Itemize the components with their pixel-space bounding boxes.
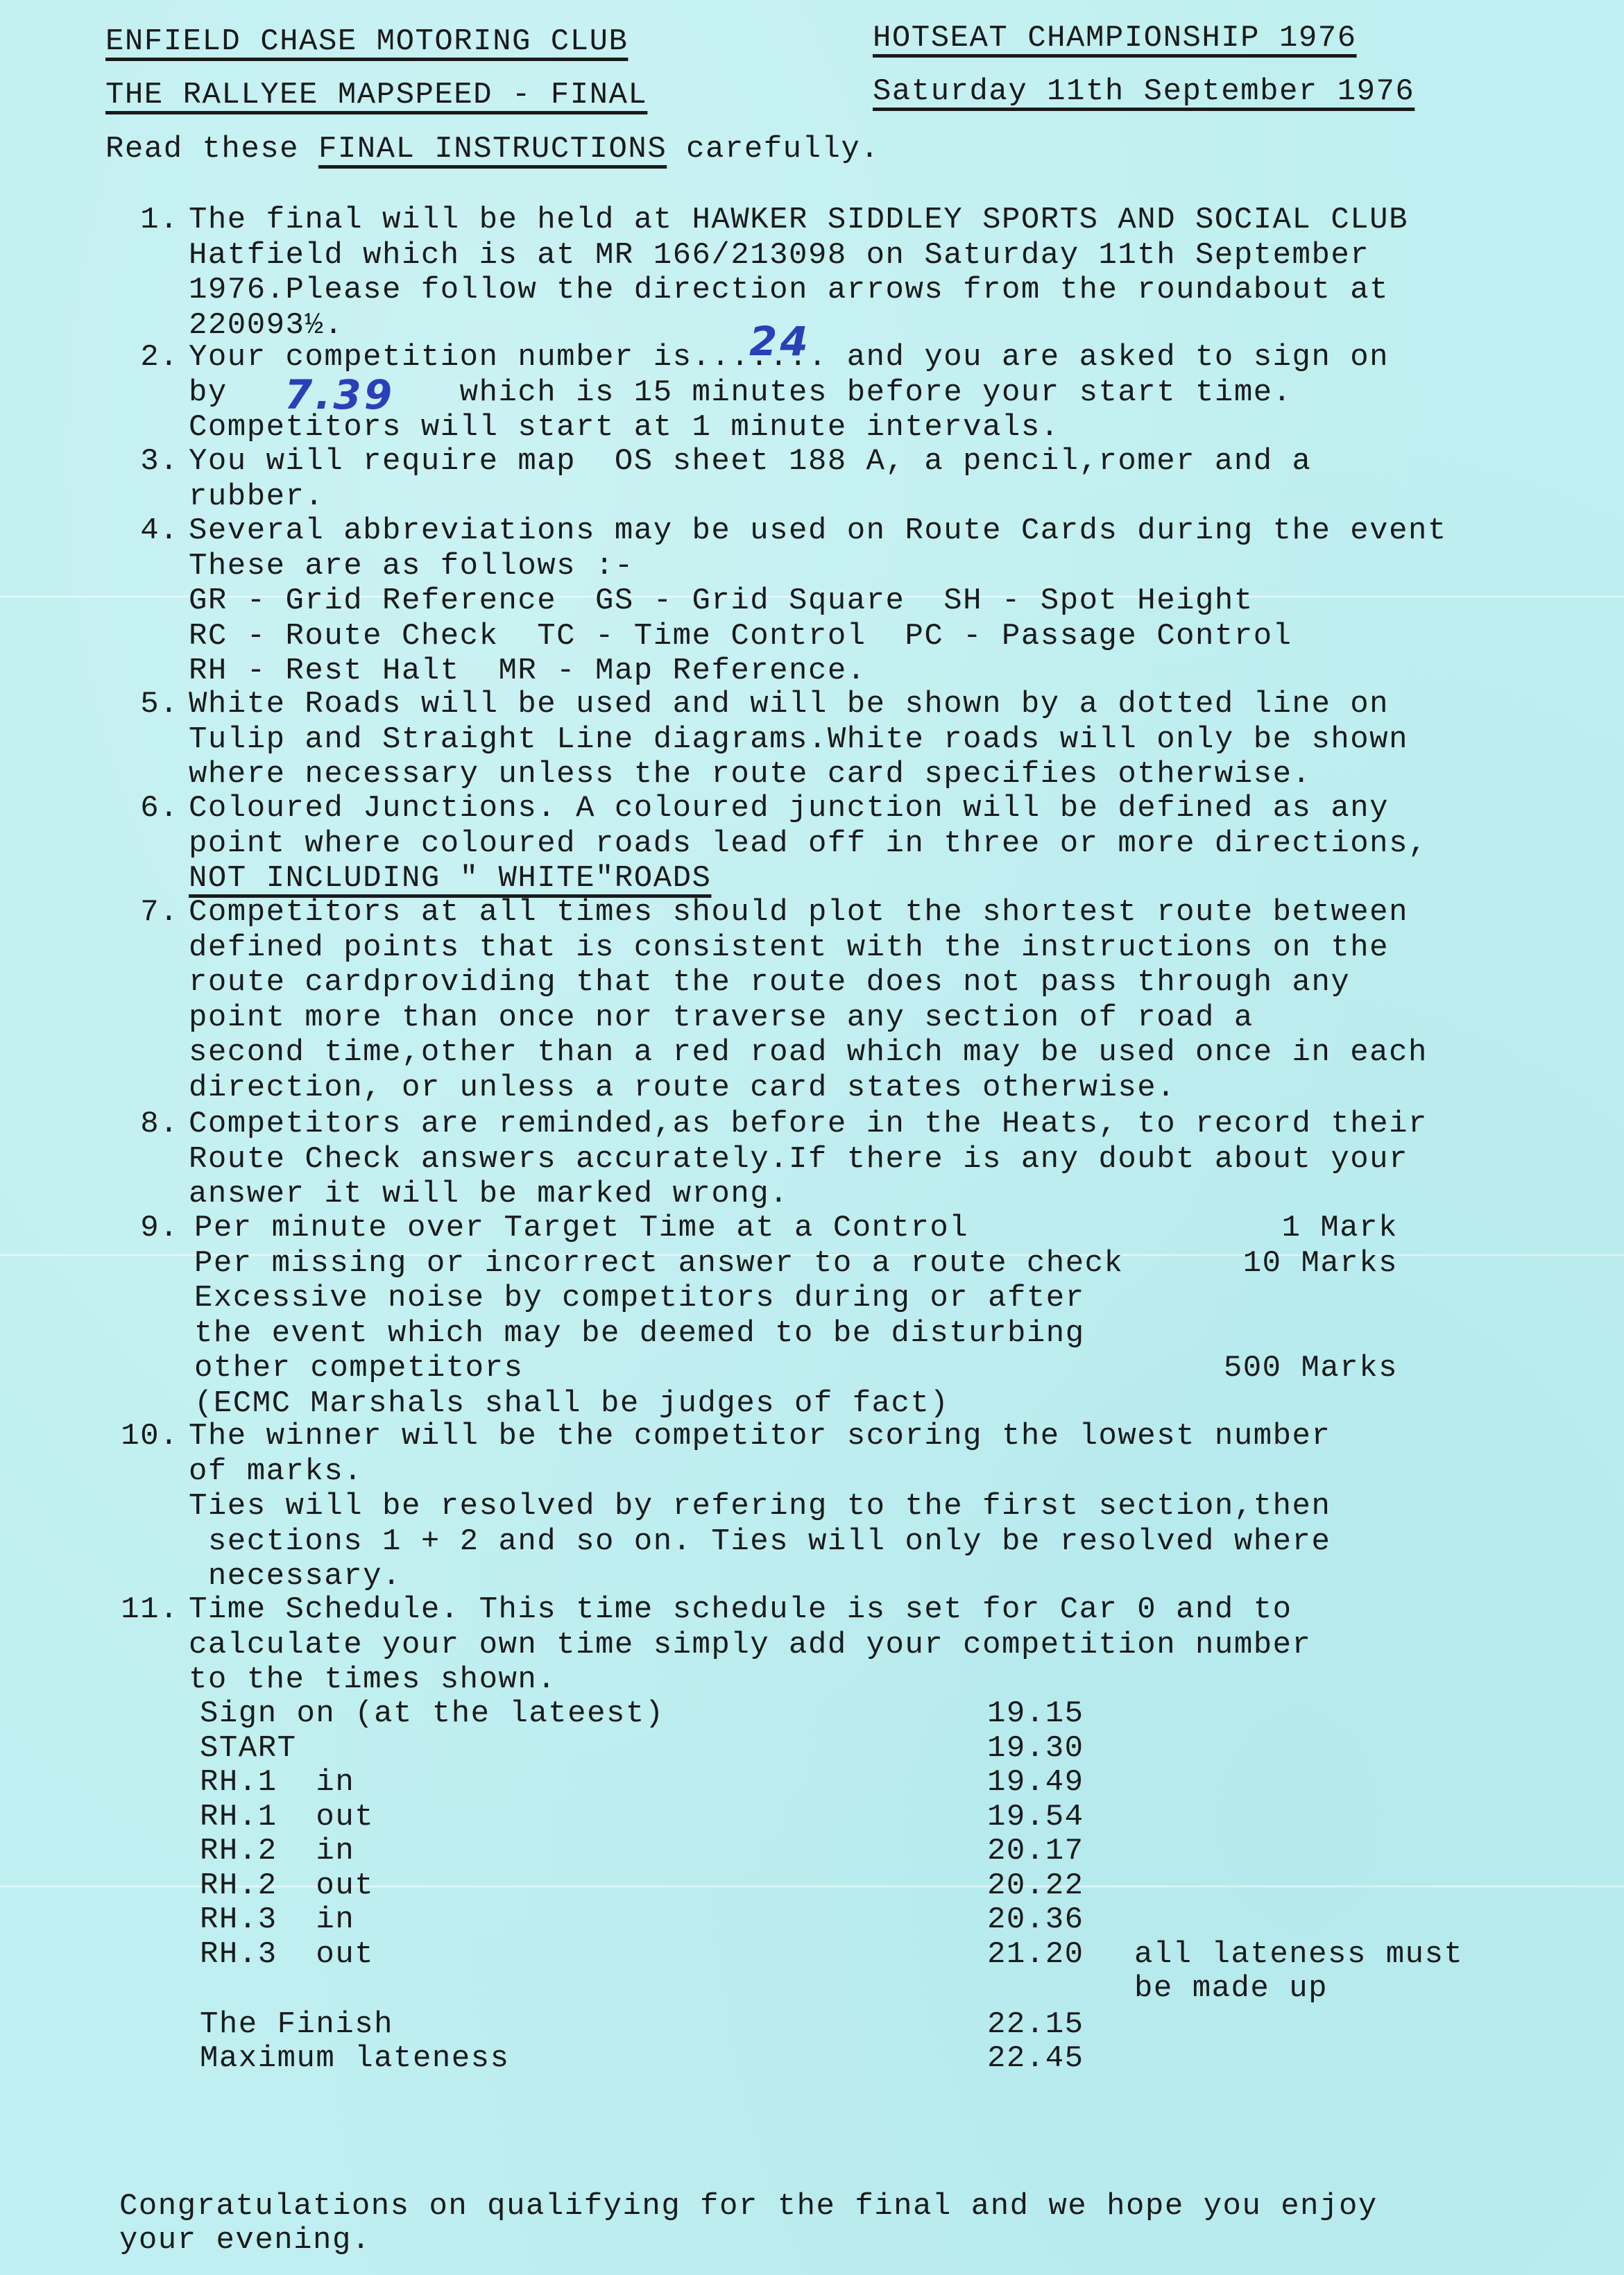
penalty-label: other competitors <box>194 1351 523 1386</box>
item-number: 3. <box>140 444 179 479</box>
schedule-time: 22.15 <box>987 2007 1084 2042</box>
schedule-time: 21.20 <box>987 1937 1084 1972</box>
item-number: 8. <box>140 1107 179 1141</box>
item-line: Hatfield which is at MR 166/213098 on Sa… <box>189 238 1369 273</box>
penalty-label: the event which may be deemed to be dist… <box>194 1316 1085 1351</box>
intro-line: Read these FINAL INSTRUCTIONS carefully. <box>105 132 880 167</box>
item-line: second time,other than a red road which … <box>189 1035 1428 1070</box>
item-number: 9. <box>140 1211 179 1245</box>
item-line: These are as follows :- <box>189 549 634 583</box>
item-line: You will require map OS sheet 188 A, a p… <box>189 444 1311 479</box>
penalty-label: Per minute over Target Time at a Control <box>194 1211 968 1245</box>
item-number: 1. <box>140 203 179 237</box>
item-line: The winner will be the competitor scorin… <box>189 1419 1331 1454</box>
schedule-label: Maximum lateness <box>200 2041 509 2076</box>
schedule-time: 20.36 <box>987 1902 1084 1937</box>
schedule-label: Sign on (at the lateest) <box>200 1696 665 1731</box>
closing-line: your evening. <box>119 2223 371 2258</box>
schedule-label: RH.3 out <box>200 1937 374 1972</box>
item-line: GR - Grid Reference GS - Grid Square SH … <box>189 583 1254 618</box>
item-line: defined points that is consistent with t… <box>189 930 1389 965</box>
item-line: sections 1 + 2 and so on. Ties will only… <box>189 1524 1331 1559</box>
penalty-marks: 1 Mark <box>1282 1211 1398 1245</box>
handwritten-sign-on-time: 7.39 <box>284 371 395 418</box>
club-name: ENFIELD CHASE MOTORING CLUB <box>105 24 628 59</box>
penalty-marks: 500 Marks <box>1224 1351 1398 1386</box>
schedule-time: 19.15 <box>987 1696 1084 1731</box>
schedule-time: 20.17 <box>987 1834 1084 1868</box>
item-number: 6. <box>140 791 179 826</box>
item-line: route cardproviding that the route does … <box>189 965 1350 1000</box>
item-line: Several abbreviations may be used on Rou… <box>189 513 1447 548</box>
item-line: Competitors are reminded,as before in th… <box>189 1107 1428 1141</box>
item-line: answer it will be marked wrong. <box>189 1177 789 1211</box>
item-line: Coloured Junctions. A coloured junction … <box>189 791 1389 826</box>
schedule-time: 22.45 <box>987 2041 1084 2076</box>
item-line: Ties will be resolved by refering to the… <box>189 1489 1331 1524</box>
penalty-label: Excessive noise by competitors during or… <box>194 1281 1085 1315</box>
item-line: 1976.Please follow the direction arrows … <box>189 273 1389 307</box>
schedule-label: START <box>200 1731 297 1766</box>
item-line: Time Schedule. This time schedule is set… <box>189 1592 1292 1627</box>
item-line: of marks. <box>189 1454 363 1489</box>
schedule-label: RH.1 out <box>200 1800 374 1834</box>
penalty-label: (ECMC Marshals shall be judges of fact) <box>194 1386 949 1421</box>
intro-before: Read these <box>105 132 318 167</box>
intro-emphasis: FINAL INSTRUCTIONS <box>318 132 667 167</box>
schedule-label: RH.2 in <box>200 1834 354 1868</box>
item-line: Competitors at all times should plot the… <box>189 895 1408 930</box>
item-number: 4. <box>140 513 179 548</box>
item-line: where necessary unless the route card sp… <box>189 757 1311 792</box>
schedule-time: 20.22 <box>987 1868 1084 1903</box>
event-date: Saturday 11th September 1976 <box>873 74 1414 109</box>
item-line: Route Check answers accurately.If there … <box>189 1142 1408 1177</box>
item-number: 7. <box>140 895 179 930</box>
schedule-time: 19.30 <box>987 1731 1084 1766</box>
item-line: White Roads will be used and will be sho… <box>189 687 1389 722</box>
item-line: direction, or unless a route card states… <box>189 1071 1176 1105</box>
closing-line: Congratulations on qualifying for the fi… <box>119 2189 1378 2224</box>
championship-title: HOTSEAT CHAMPIONSHIP 1976 <box>873 21 1357 56</box>
schedule-time: 19.54 <box>987 1800 1084 1834</box>
item-underlined-line: NOT INCLUDING " WHITE"ROADS <box>189 861 711 896</box>
item-line: necessary. <box>189 1559 402 1594</box>
penalty-marks: 10 Marks <box>1243 1246 1398 1281</box>
item-line: point more than once nor traverse any se… <box>189 1000 1254 1035</box>
schedule-label: RH.3 in <box>200 1902 354 1937</box>
item-line: Tulip and Straight Line diagrams.White r… <box>189 722 1408 757</box>
item-number: 5. <box>140 687 179 722</box>
schedule-label: RH.2 out <box>200 1868 374 1903</box>
intro-after: carefully. <box>667 132 880 167</box>
schedule-time: 19.49 <box>987 1765 1084 1800</box>
schedule-note: be made up <box>1134 1971 1328 2006</box>
item-number: 10. <box>121 1419 179 1454</box>
item-line: RH - Rest Halt MR - Map Reference. <box>189 654 866 688</box>
schedule-label: The Finish <box>200 2007 393 2042</box>
schedule-label: RH.1 in <box>200 1765 354 1800</box>
handwritten-competition-number: 24 <box>749 318 811 365</box>
event-title: THE RALLYEE MAPSPEED - FINAL <box>105 78 647 112</box>
item-line: The final will be held at HAWKER SIDDLEY… <box>189 203 1408 237</box>
schedule-note: all lateness must <box>1134 1937 1463 1972</box>
item-line: point where coloured roads lead off in t… <box>189 826 1428 861</box>
item-number: 2. <box>140 340 179 375</box>
item-line: rubber. <box>189 479 324 514</box>
item-line: RC - Route Check TC - Time Control PC - … <box>189 619 1292 654</box>
item-line: calculate your own time simply add your … <box>189 1628 1311 1662</box>
penalty-label: Per missing or incorrect answer to a rou… <box>194 1246 1123 1281</box>
item-line: 220093½. <box>189 308 343 343</box>
item-line: to the times shown. <box>189 1662 556 1697</box>
item-number: 11. <box>121 1592 179 1627</box>
